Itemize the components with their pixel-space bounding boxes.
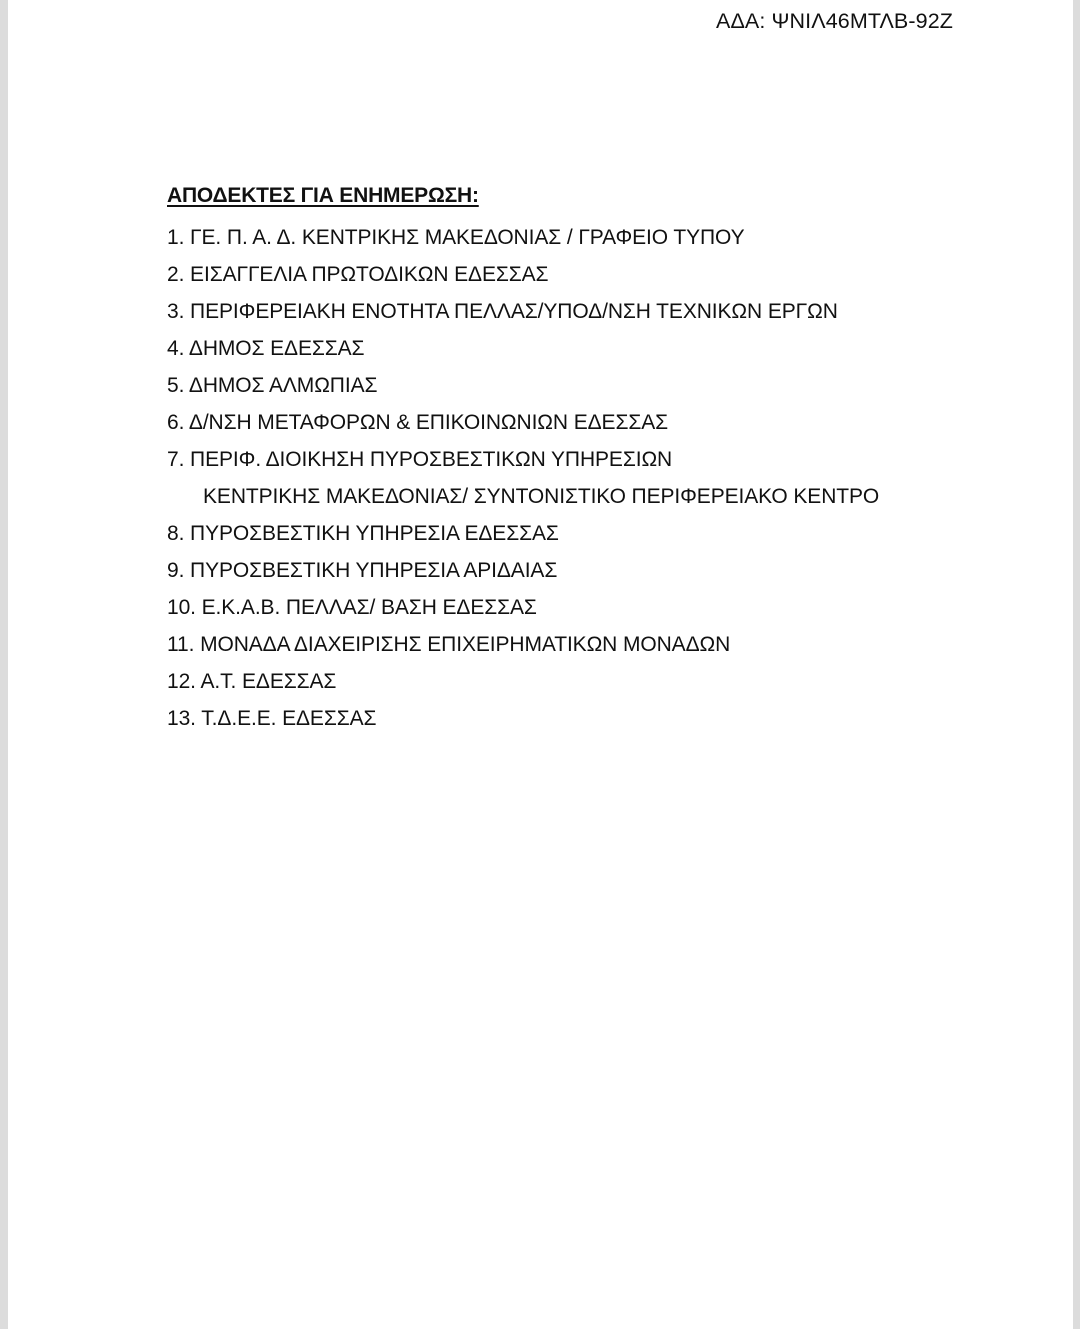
ada-code: ΑΔΑ: ΨΝΙΛ46ΜΤΛΒ-92Ζ <box>716 9 953 34</box>
recipients-list: 1. ΓΕ. Π. Α. Δ. ΚΕΝΤΡΙΚΗΣ ΜΑΚΕΔΟΝΙΑΣ / Γ… <box>167 219 1027 737</box>
recipient-item: 5. ΔΗΜΟΣ ΑΛΜΩΠΙΑΣ <box>167 367 1027 404</box>
recipient-item: 4. ΔΗΜΟΣ ΕΔΕΣΣΑΣ <box>167 330 1027 367</box>
document-page: ΑΔΑ: ΨΝΙΛ46ΜΤΛΒ-92Ζ ΑΠΟΔΕΚΤΕΣ ΓΙΑ ΕΝΗΜΕΡ… <box>8 0 1073 1329</box>
recipient-item: 10. Ε.Κ.Α.Β. ΠΕΛΛΑΣ/ ΒΑΣΗ ΕΔΕΣΣΑΣ <box>167 589 1027 626</box>
recipients-heading: ΑΠΟΔΕΚΤΕΣ ΓΙΑ ΕΝΗΜΕΡΩΣΗ: <box>167 182 1027 219</box>
recipient-item: 11. ΜΟΝΑΔΑ ΔΙΑΧΕΙΡΙΣΗΣ ΕΠΙΧΕΙΡΗΜΑΤΙΚΩΝ Μ… <box>167 626 1027 663</box>
recipient-item: 6. Δ/ΝΣΗ ΜΕΤΑΦΟΡΩΝ & ΕΠΙΚΟΙΝΩΝΙΩΝ ΕΔΕΣΣΑ… <box>167 404 1027 441</box>
recipient-item: 7. ΠΕΡΙΦ. ΔΙΟΙΚΗΣΗ ΠΥΡΟΣΒΕΣΤΙΚΩΝ ΥΠΗΡΕΣΙ… <box>167 441 1027 478</box>
recipient-item: 1. ΓΕ. Π. Α. Δ. ΚΕΝΤΡΙΚΗΣ ΜΑΚΕΔΟΝΙΑΣ / Γ… <box>167 219 1027 256</box>
recipient-item: 9. ΠΥΡΟΣΒΕΣΤΙΚΗ ΥΠΗΡΕΣΙΑ ΑΡΙΔΑΙΑΣ <box>167 552 1027 589</box>
recipient-item: 2. ΕΙΣΑΓΓΕΛΙΑ ΠΡΩΤΟΔΙΚΩΝ ΕΔΕΣΣΑΣ <box>167 256 1027 293</box>
recipients-section: ΑΠΟΔΕΚΤΕΣ ΓΙΑ ΕΝΗΜΕΡΩΣΗ: 1. ΓΕ. Π. Α. Δ.… <box>167 182 1027 737</box>
recipient-item: 13. Τ.Δ.Ε.Ε. ΕΔΕΣΣΑΣ <box>167 700 1027 737</box>
recipient-item-continuation: ΚΕΝΤΡΙΚΗΣ ΜΑΚΕΔΟΝΙΑΣ/ ΣΥΝΤΟΝΙΣΤΙΚΟ ΠΕΡΙΦ… <box>167 478 1027 515</box>
recipient-item: 8. ΠΥΡΟΣΒΕΣΤΙΚΗ ΥΠΗΡΕΣΙΑ ΕΔΕΣΣΑΣ <box>167 515 1027 552</box>
recipient-item: 3. ΠΕΡΙΦΕΡΕΙΑΚΗ ΕΝΟΤΗΤΑ ΠΕΛΛΑΣ/ΥΠΟΔ/ΝΣΗ … <box>167 293 1027 330</box>
recipient-item: 12. Α.Τ. ΕΔΕΣΣΑΣ <box>167 663 1027 700</box>
